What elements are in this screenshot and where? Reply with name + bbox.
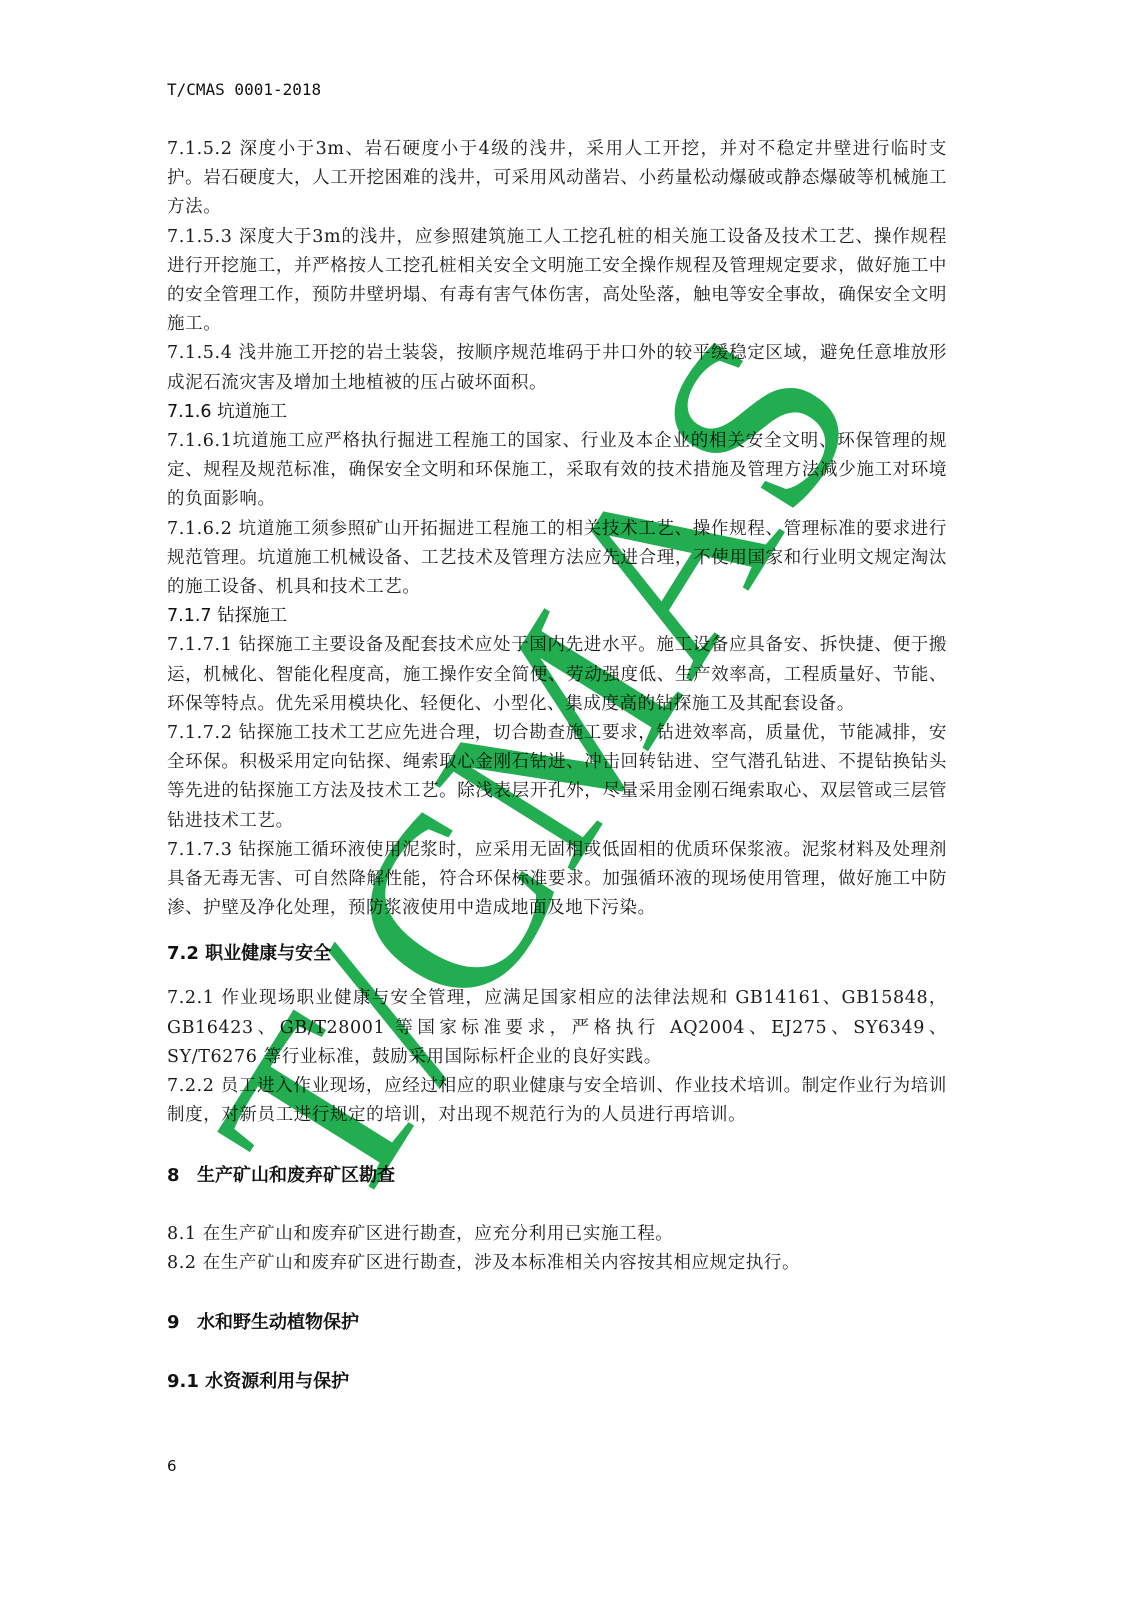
- section-8-title: 生产矿山和废弃矿区勘查: [197, 1165, 395, 1186]
- clause-7-1-7-3: 7.1.7.3 钻探施工循环液使用泥浆时，应采用无固相或低固相的优质环保浆液。泥…: [167, 836, 947, 924]
- document-body: 7.1.5.2 深度小于3m、岩石硬度小于4级的浅井，采用人工开挖，并对不稳定井…: [167, 135, 947, 1396]
- clause-7-1-6-2: 7.1.6.2 坑道施工须参照矿山开拓掘进工程施工的相关技术工艺、操作规程、管理…: [167, 515, 947, 603]
- heading-section-8: 8生产矿山和废弃矿区勘查: [167, 1161, 947, 1190]
- clause-8-2: 8.2 在生产矿山和废弃矿区进行勘查，涉及本标准相关内容按其相应规定执行。: [167, 1249, 947, 1278]
- clause-7-2-1: 7.2.1 作业现场职业健康与安全管理，应满足国家相应的法律法规和 GB1416…: [167, 984, 947, 1072]
- clause-7-1-6-1: 7.1.6.1坑道施工应严格执行掘进工程施工的国家、行业及本企业的相关安全文明、…: [167, 427, 947, 515]
- section-8-number: 8: [167, 1161, 197, 1190]
- heading-section-9: 9水和野生动植物保护: [167, 1308, 947, 1337]
- clause-7-1-5-3: 7.1.5.3 深度大于3m的浅井，应参照建筑施工人工挖孔桩的相关施工设备及技术…: [167, 223, 947, 340]
- clause-8-1: 8.1 在生产矿山和废弃矿区进行勘查，应充分利用已实施工程。: [167, 1220, 947, 1249]
- page-number: 6: [167, 1457, 177, 1475]
- clause-7-2-2: 7.2.2 员工进入作业现场，应经过相应的职业健康与安全培训、作业技术培训。制定…: [167, 1072, 947, 1130]
- section-9-title: 水和野生动植物保护: [197, 1312, 359, 1333]
- heading-7-1-6: 7.1.6 坑道施工: [167, 398, 947, 427]
- heading-9-1: 9.1 水资源利用与保护: [167, 1367, 947, 1396]
- standard-code-header: T/CMAS 0001-2018: [167, 80, 321, 99]
- clause-7-1-7-2: 7.1.7.2 钻探施工技术工艺应先进合理，切合勘查施工要求，钻进效率高，质量优…: [167, 719, 947, 836]
- section-9-number: 9: [167, 1308, 197, 1337]
- heading-7-1-7: 7.1.7 钻探施工: [167, 602, 947, 631]
- clause-7-1-5-2: 7.1.5.2 深度小于3m、岩石硬度小于4级的浅井，采用人工开挖，并对不稳定井…: [167, 135, 947, 223]
- clause-7-1-7-1: 7.1.7.1 钻探施工主要设备及配套技术应处于国内先进水平。施工设备应具备安、…: [167, 631, 947, 719]
- clause-7-1-5-4: 7.1.5.4 浅井施工开挖的岩土装袋，按顺序规范堆码于井口外的较平缓稳定区域，…: [167, 339, 947, 397]
- heading-7-2: 7.2 职业健康与安全: [167, 939, 947, 968]
